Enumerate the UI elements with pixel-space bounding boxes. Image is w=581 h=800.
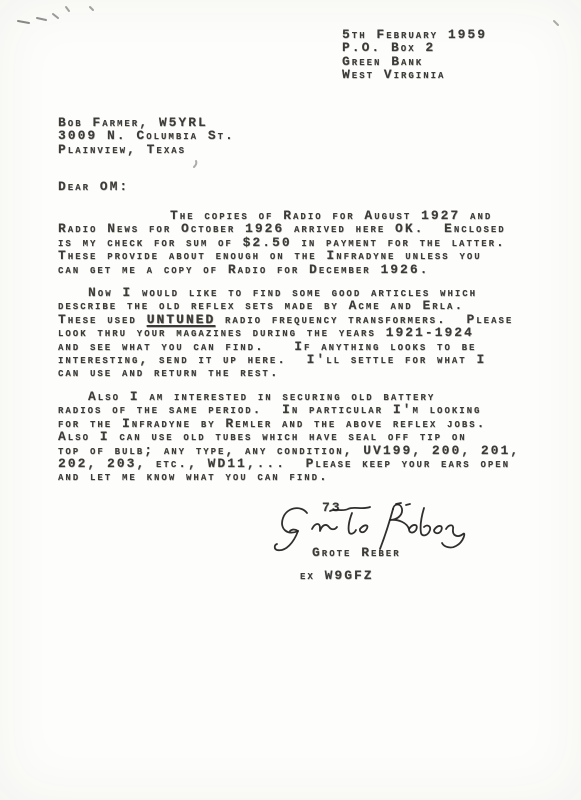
typed-line: Radio News for October 1926 arrived here… [58,222,506,235]
paragraph-1: The copies of Radio for August 1927 and … [58,209,506,276]
typed-line: Now I would like to find some good artic… [58,286,513,299]
typed-line: ex W9GFZ [300,569,374,582]
former-callsign: ex W9GFZ [300,569,374,582]
typed-line: These provide about enough on the Infrad… [58,249,506,262]
sender-date-block: 5th February 1959 P.O. Box 2 Green Bank … [342,28,487,82]
paragraph-2: Now I would like to find some good artic… [58,286,513,380]
typed-line: Grote Reber [312,546,401,559]
recipient-block: Bob Farmer, W5YRL 3009 N. Columbia St. P… [58,116,235,156]
typed-line: These used UNTUNED radio frequency trans… [58,313,513,326]
typed-line: for the Infradyne by Remler and the abov… [58,417,520,430]
typed-line: Also I can use old tubes which have seal… [58,430,520,443]
sender-address-line: West Virginia [342,68,487,81]
salutation: Dear OM: [58,180,129,193]
typed-line: Also I am interested in securing old bat… [58,390,520,403]
recipient-address-line: 3009 N. Columbia St. [58,129,235,142]
typed-line: 202, 203, etc., WD11,... Please keep you… [58,457,520,470]
sender-address-line: P.O. Box 2 [342,41,487,54]
typed-line: top of bulb; any type, any condition, UV… [58,444,520,457]
typed-line: radios of the same period. In particular… [58,403,520,416]
recipient-name-line: Bob Farmer, W5YRL [58,116,235,129]
typed-line: can use and return the rest. [58,366,513,379]
typed-line: is my check for sum of $2.50 in payment … [58,236,506,249]
typed-line: and let me know what you can find. [58,470,520,483]
paragraph-3: Also I am interested in securing old bat… [58,390,520,484]
typed-line: can get me a copy of Radio for December … [58,263,506,276]
typed-line: look thru your magazines during the year… [58,326,513,339]
typed-signature-name: Grote Reber [312,546,401,559]
typed-line: The copies of Radio for August 1927 and [58,209,506,222]
typed-line: describe the old reflex sets made by Acm… [58,299,513,312]
typed-line: interesting, send it up here. I'll settl… [58,353,513,366]
recipient-address-line: Plainview, Texas [58,143,235,156]
date-line: 5th February 1959 [342,28,487,41]
salutation-line: Dear OM: [58,180,129,193]
scanned-letter-page: 5th February 1959 P.O. Box 2 Green Bank … [0,0,581,800]
sender-address-line: Green Bank [342,55,487,68]
typed-line: and see what you can find. If anything l… [58,340,513,353]
